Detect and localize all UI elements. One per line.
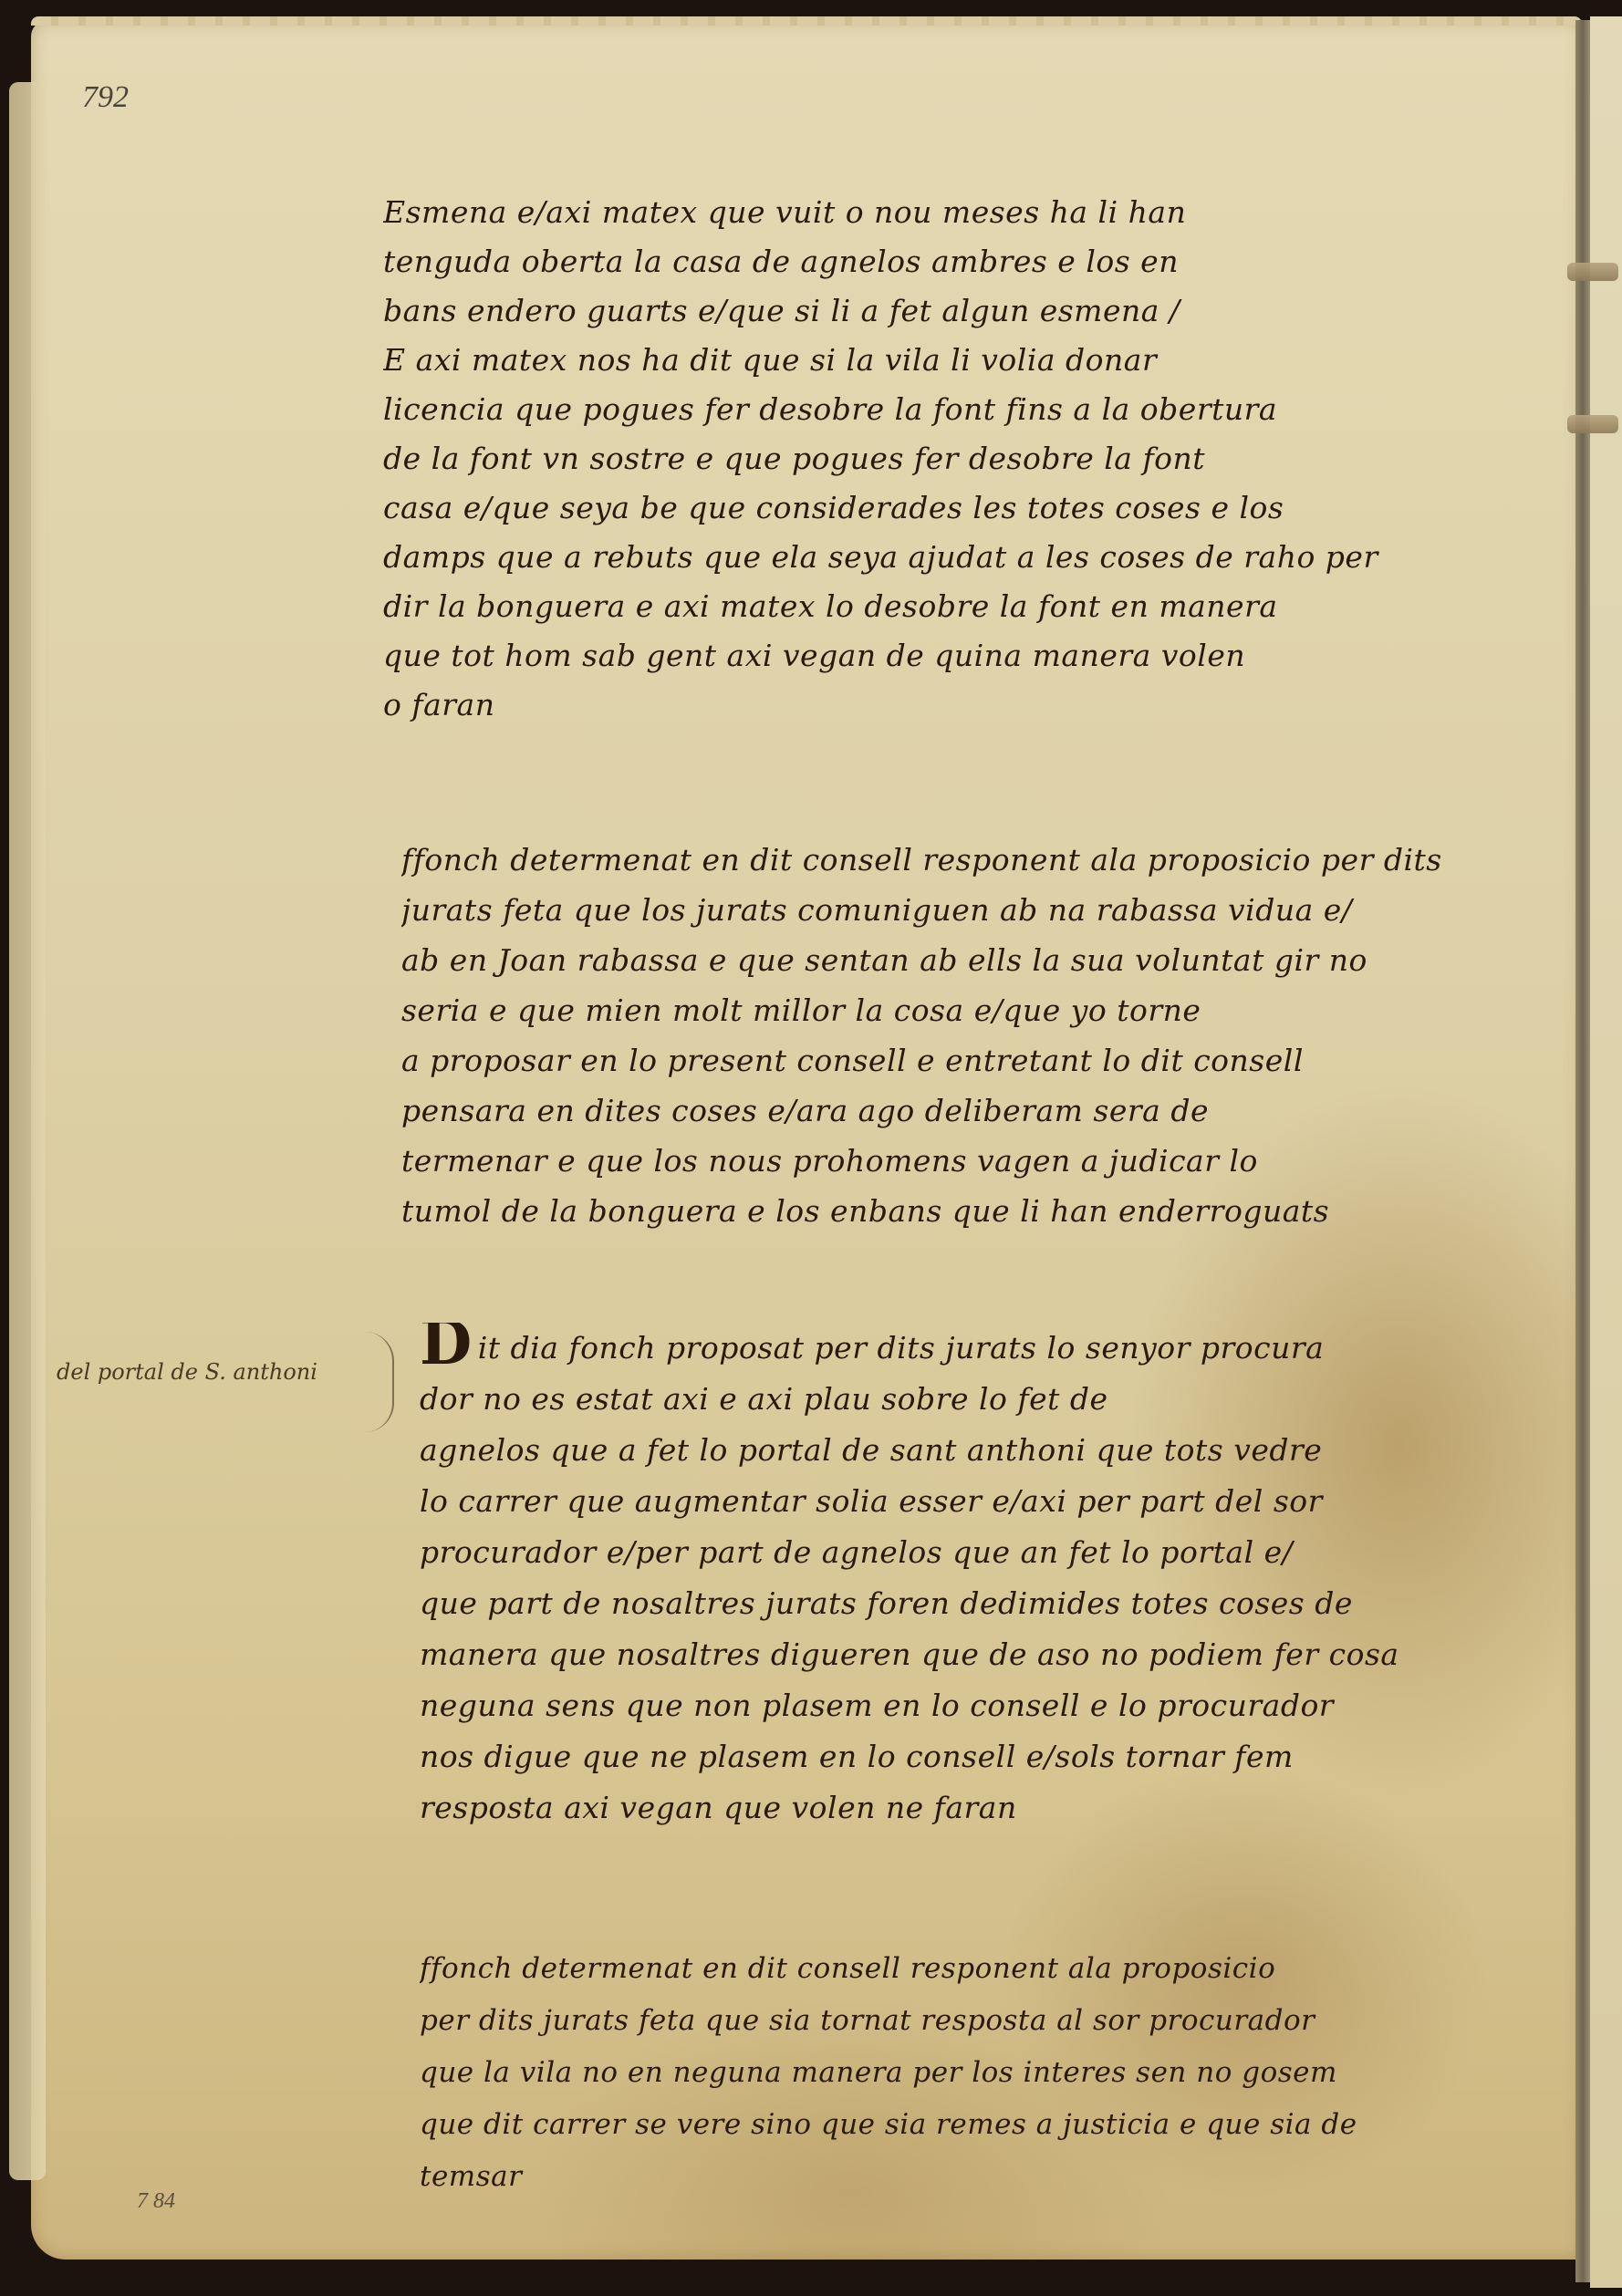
text-line: pensara en dites coses e/ara ago deliber… [401, 1086, 1478, 1136]
text-line-body: it dia fonch proposat per dits jurats lo… [478, 1330, 1325, 1366]
text-line: ab en Joan rabassa e que sentan ab ells … [401, 935, 1478, 985]
text-line: damps que a rebuts que ela seya ajudat a… [383, 533, 1460, 582]
folio-number-bottom: 7 84 [137, 2189, 175, 2214]
margin-bracket [365, 1332, 394, 1432]
paragraph-3: Dit dia fonch proposat per dits jurats l… [420, 1323, 1487, 1834]
text-line: manera que nosaltres digueren que de aso… [420, 1629, 1487, 1680]
text-line: que part de nosaltres jurats foren dedim… [420, 1578, 1487, 1629]
text-line: procurador e/per part de agnelos que an … [420, 1527, 1487, 1578]
text-line: que dit carrer se vere sino que sia reme… [420, 2099, 1478, 2151]
text-line: temsar [420, 2151, 1478, 2203]
next-leaf-edge [1590, 16, 1622, 2288]
text-line: de la font vn sostre e que pogues fer de… [383, 434, 1460, 483]
text-line: agnelos que a fet lo portal de sant anth… [420, 1425, 1487, 1476]
text-line: ffonch determenat en dit consell respone… [401, 835, 1478, 885]
page-left-edge [9, 82, 46, 2180]
text-line: licencia que pogues fer desobre la font … [383, 385, 1460, 434]
page-deckle-edge [31, 16, 1582, 26]
text-line: neguna sens que non plasem en lo consell… [420, 1680, 1487, 1731]
text-line: seria e que mien molt millor la cosa e/q… [401, 985, 1478, 1035]
binding-thread-icon [1567, 263, 1618, 281]
text-line: resposta axi vegan que volen ne faran [420, 1782, 1487, 1834]
text-line: lo carrer que augmentar solia esser e/ax… [420, 1476, 1487, 1527]
drop-cap: D [420, 1323, 473, 1374]
paragraph-2: ffonch determenat en dit consell respone… [401, 835, 1478, 1236]
text-line: termenar e que los nous prohomens vagen … [401, 1136, 1478, 1186]
text-line: que tot hom sab gent axi vegan de quina … [383, 631, 1460, 680]
text-line: nos digue que ne plasem en lo consell e/… [420, 1731, 1487, 1782]
text-line: Esmena e/axi matex que vuit o nou meses … [383, 188, 1460, 237]
text-line: E axi matex nos ha dit que si la vila li… [383, 336, 1460, 385]
text-line: jurats feta que los jurats comuniguen ab… [401, 885, 1478, 935]
text-line: tumol de la bonguera e los enbans que li… [401, 1186, 1478, 1236]
text-line: ffonch determenat en dit consell respone… [420, 1943, 1478, 1995]
text-line: dor no es estat axi e axi plau sobre lo … [420, 1374, 1487, 1425]
paragraph-4: ffonch determenat en dit consell respone… [420, 1943, 1478, 2203]
binding-thread-icon [1567, 415, 1618, 433]
binding-gutter [1575, 20, 1590, 2282]
text-line: tenguda oberta la casa de agnelos ambres… [383, 237, 1460, 286]
text-line: dir la bonguera e axi matex lo desobre l… [383, 582, 1460, 631]
margin-note: del portal de S. anthoni [57, 1359, 385, 1385]
paragraph-1: Esmena e/axi matex que vuit o nou meses … [383, 188, 1460, 730]
text-line: Dit dia fonch proposat per dits jurats l… [420, 1323, 1487, 1374]
text-line: o faran [383, 680, 1460, 730]
text-line: bans endero guarts e/que si li a fet alg… [383, 286, 1460, 336]
text-line: a proposar en lo present consell e entre… [401, 1035, 1478, 1086]
text-line: casa e/que seya be que considerades les … [383, 483, 1460, 533]
text-line: que la vila no en neguna manera per los … [420, 2047, 1478, 2099]
text-line: per dits jurats feta que sia tornat resp… [420, 1995, 1478, 2047]
folio-number: 792 [82, 80, 129, 115]
